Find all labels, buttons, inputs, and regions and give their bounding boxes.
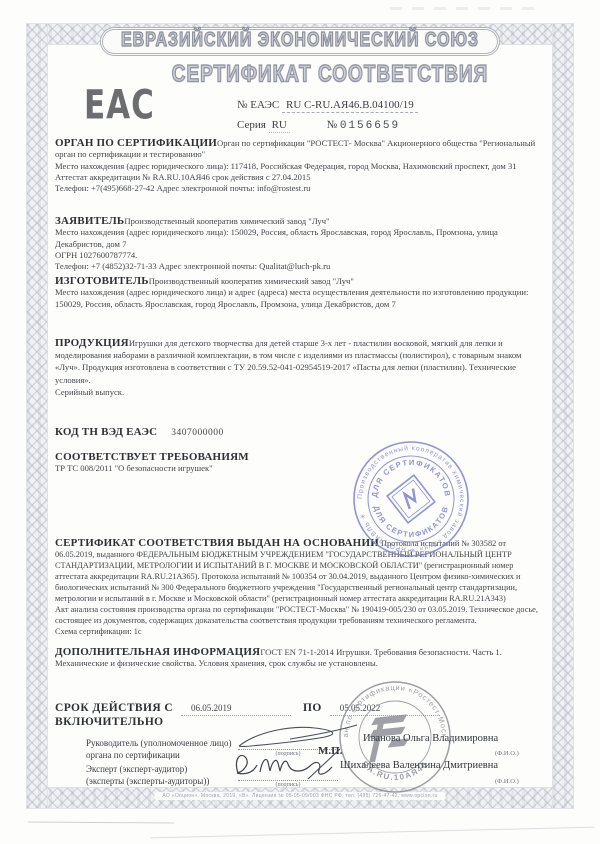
basis-paragraph2: Акт анализа состояния производства орган… — [55, 604, 547, 626]
series-line: Серия RU № 0156659 — [237, 119, 400, 132]
manufacturer-stamp: Производственный кооператив химический з… — [351, 439, 471, 559]
eac-logo: ЕАС — [84, 82, 155, 129]
tnved-code: 3407000000 — [171, 428, 224, 438]
document-title: СЕРТИФИКАТ СООТВЕТСТВИЯ — [110, 61, 550, 89]
head-name: Иванова Ольга Владимировна — [363, 733, 498, 744]
border-frame-right — [553, 24, 573, 808]
additional-info-title: ДОПОЛНИТЕЛЬНАЯ ИНФОРМАЦИЯ — [55, 646, 260, 658]
validity-inclusive: ВКЛЮЧИТЕЛЬНО — [55, 716, 164, 728]
section-products: ПРОДУКЦИЯИгрушки для детского творчества… — [55, 337, 547, 398]
scan-artifact-top — [390, 7, 540, 10]
applicant-ogrn: ОГРН 1027600787774. — [55, 250, 547, 261]
expert-role-line1: Эксперт (эксперт-аудитор) — [86, 764, 187, 774]
certificate-number-label: № ЕАЭС — [237, 99, 279, 111]
applicant-address: Место нахождения (адрес юридического лиц… — [55, 227, 547, 250]
applicant-contacts: Телефон: +7 (4852)32-71-33 Адрес электро… — [55, 261, 547, 272]
head-name-caption: (Ф.И.О.) — [495, 750, 519, 757]
section-complies: СООТВЕТСТВУЕТ ТРЕБОВАНИЯМ ТР ТС 008/2011… — [55, 452, 547, 475]
head-role-label: Руководитель (уполномоченное лицо) орган… — [86, 738, 238, 761]
certification-body-contacts: Телефон: +7(495)668-27-42 Адрес электрон… — [55, 183, 547, 194]
validity-from-date: 06.05.2019 — [181, 703, 291, 716]
basis-scheme: Схема сертификации: 1с — [55, 626, 547, 637]
manufacturer-stamp-logo — [387, 475, 435, 523]
section-basis: СЕРТИФИКАТ СООТВЕТСТВИЯ ВЫДАН НА ОСНОВАН… — [55, 538, 547, 637]
products-serial: Серийный выпуск. — [55, 386, 547, 398]
certification-body-address: Место нахождения (адрес юридического лиц… — [55, 161, 547, 172]
manufacturer-title: ИЗГОТОВИТЕЛЬ — [55, 275, 149, 287]
manufacturer-address: Место нахождения (адрес юридического лиц… — [55, 287, 547, 310]
basis-title: СЕРТИФИКАТ СООТВЕТСТВИЯ ВЫДАН НА ОСНОВАН… — [55, 537, 379, 549]
section-tnved: КОД ТН ВЭД ЕАЭС3407000000 — [55, 427, 547, 439]
expert-role-line2: (эксперты (эксперты-аудиторы)) — [86, 776, 209, 786]
certification-body-accreditation: Аттестат аккредитации № RA.RU.10АЯ46 сро… — [55, 172, 547, 183]
series-label: Серия — [237, 119, 266, 131]
certificate-number-value: RU С-RU.АЯ46.В.04100/19 — [282, 99, 418, 113]
validity-from-label: СРОК ДЕЙСТВИЯ С — [55, 702, 173, 714]
complies-title: СООТВЕТСТВУЕТ ТРЕБОВАНИЯМ — [55, 451, 249, 463]
expert-name-caption: (Ф.И.О.) — [495, 778, 519, 785]
complies-text: ТР ТС 008/2011 "О безопасности игрушек" — [55, 463, 547, 474]
section-manufacturer: ИЗГОТОВИТЕЛЬПроизводственный кооператив … — [55, 276, 547, 310]
series-number: 0156659 — [340, 120, 400, 132]
series-region: RU — [269, 119, 290, 133]
series-number-label: № — [327, 119, 338, 131]
applicant-name: Производственный кооператив химический з… — [124, 216, 329, 226]
expert-name: Шихалеева Валентина Дмитриевна — [340, 760, 498, 771]
certificate-page: ЕВРАЗИЙСКИЙ ЭКОНОМИЧЕСКИЙ СОЮЗ ЕАС СЕРТИ… — [0, 0, 600, 844]
section-additional-info: ДОПОЛНИТЕЛЬНАЯ ИНФОРМАЦИЯГОСТ EN 71-1-20… — [55, 647, 547, 670]
certificate-number-line: № ЕАЭС RU С-RU.АЯ46.В.04100/19 — [237, 99, 418, 111]
manufacturer-name: Производственный кооператив химический з… — [149, 276, 354, 286]
section-applicant: ЗАЯВИТЕЛЬПроизводственный кооператив хим… — [55, 216, 547, 272]
section-certification-body: ОРГАН ПО СЕРТИФИКАЦИИОрган по сертификац… — [55, 138, 547, 194]
scan-artifact-line — [28, 821, 174, 823]
union-banner-text: ЕВРАЗИЙСКИЙ ЭКОНОМИЧЕСКИЙ СОЮЗ — [121, 30, 479, 53]
expert-signature — [228, 745, 343, 783]
validity-to-label: ПО — [303, 702, 322, 714]
union-banner: ЕВРАЗИЙСКИЙ ЭКОНОМИЧЕСКИЙ СОЮЗ — [100, 27, 500, 56]
products-title: ПРОДУКЦИЯ — [55, 337, 129, 349]
border-frame-left — [27, 24, 47, 808]
scan-artifact-diagonal — [150, 827, 595, 839]
tnved-title: КОД ТН ВЭД ЕАЭС — [55, 426, 157, 438]
certification-body-title: ОРГАН ПО СЕРТИФИКАЦИИ — [55, 137, 217, 149]
applicant-title: ЗАЯВИТЕЛЬ — [55, 215, 124, 227]
